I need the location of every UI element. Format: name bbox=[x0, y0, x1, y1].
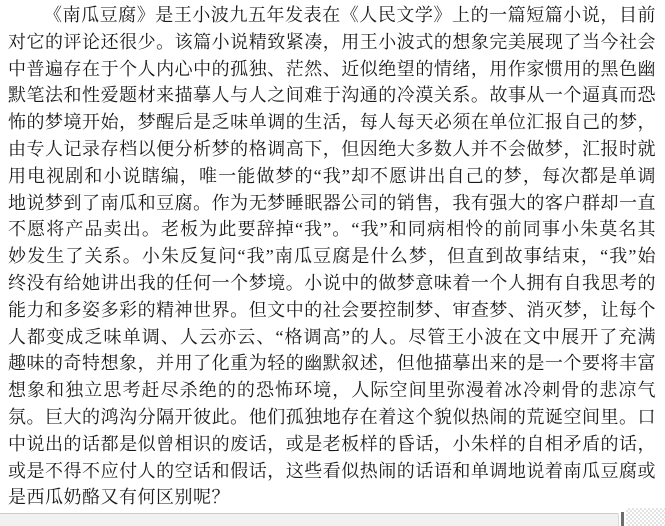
text-line: 地说梦到了南瓜和豆腐。作为无梦睡眠器公司的销售，我有强大的客户群却一直 bbox=[8, 190, 656, 217]
text-line: 对它的评论还很少。该篇小说精致紧凑，用王小波式的想象完美展现了当今社会 bbox=[8, 29, 656, 56]
paragraph: 《南瓜豆腐》是王小波九五年发表在《人民文学》上的一篇短篇小说，目前 对它的评论还… bbox=[8, 2, 656, 511]
text-line: 氛。巨大的鸿沟分隔开彼此。他们孤独地存在着这个貌似热闹的荒诞空间里。口 bbox=[8, 404, 656, 431]
text-line: 不愿将产品卖出。老板为此要辞掉“我”。“我”和同病相怜的前同事小朱莫名其 bbox=[8, 216, 656, 243]
text-line: 用电视剧和小说瞎编，唯一能做梦的“我”却不愿讲出自己的梦，每次都是单调 bbox=[8, 163, 656, 190]
text-line: 中普遍存在于个人内心中的孤独、茫然、近似绝望的情绪，用作家惯用的黑色幽 bbox=[8, 56, 656, 83]
text-line: 人都变成乏味单调、人云亦云、“格调高”的人。尽管王小波在文中展开了充满 bbox=[8, 324, 656, 351]
document-page: 《南瓜豆腐》是王小波九五年发表在《人民文学》上的一篇短篇小说，目前 对它的评论还… bbox=[0, 0, 665, 526]
text-line: 妙发生了关系。小朱反复问“我”南瓜豆腐是什么梦，但直到故事结束，“我”始 bbox=[8, 243, 656, 270]
text-line: 想象和独立思考赶尽杀绝的的恐怖环境，人际空间里弥漫着冰冷刺骨的悲凉气 bbox=[8, 377, 656, 404]
scrollbar-thumb[interactable] bbox=[0, 513, 619, 526]
text-line: 默笔法和性爱题材来描摹人与人之间难于沟通的冷漠关系。故事从一个逼真而恐 bbox=[8, 82, 656, 109]
text-line: 能力和多姿多彩的精神世界。但文中的社会要控制梦、审查梦、消灭梦，让每个 bbox=[8, 297, 656, 324]
text-line: 怖的梦境开始，梦醒后是乏味单调的生活，每人每天必须在单位汇报自己的梦， bbox=[8, 109, 656, 136]
text-line: 终没有给她讲出我的任何一个梦境。小说中的做梦意味着一个人拥有自我思考的 bbox=[8, 270, 656, 297]
text-line: 《南瓜豆腐》是王小波九五年发表在《人民文学》上的一篇短篇小说，目前 bbox=[8, 2, 656, 29]
text-line: 或是不得不应付人的空话和假话，这些看似热闹的话语和单调地说着南瓜豆腐或 bbox=[8, 458, 656, 485]
text-line: 由专人记录存档以便分析梦的格调高下，但因绝大多数人并不会做梦，汇报时就 bbox=[8, 136, 656, 163]
scrollbar-track[interactable] bbox=[626, 508, 665, 526]
text-line: 趣味的奇特想象，并用了化重为轻的幽默叙述，但他描摹出来的是一个要将丰富 bbox=[8, 350, 656, 377]
horizontal-scrollbar[interactable] bbox=[0, 505, 665, 526]
text-line: 中说出的话都是似曾相识的废话，或是老板样的昏话，小朱样的自相矛盾的话， bbox=[8, 431, 656, 458]
scrollbar-thumb-grip[interactable] bbox=[621, 512, 624, 526]
